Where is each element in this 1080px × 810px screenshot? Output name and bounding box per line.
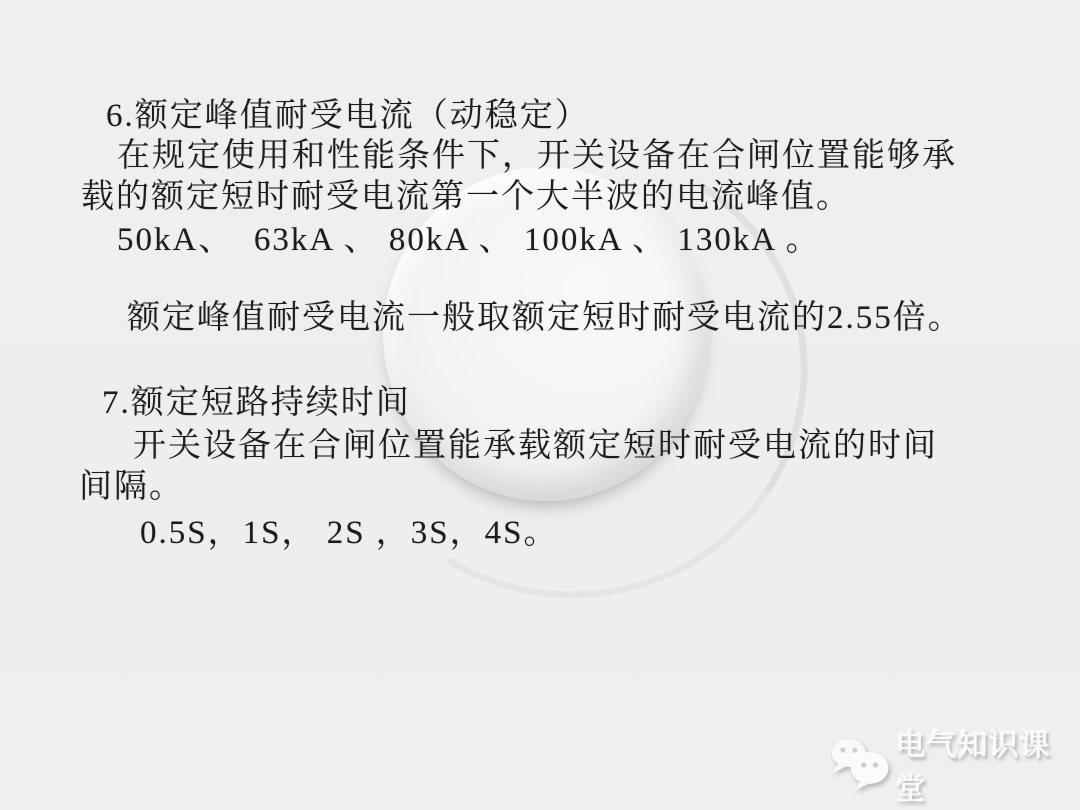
brand-logo: 电气知识课堂 [830,736,1080,792]
heading-rated-peak-withstand-current: 6.额定峰值耐受电流（动稳定） [106,97,590,135]
paragraph-1-line-2: 载的额定短时耐受电流第一个大半波的电流峰值。 [81,178,851,216]
slide-background: 6.额定峰值耐受电流（动稳定） 在规定使用和性能条件下，开关设备在合闸位置能够承… [0,0,1080,810]
current-values-list: 50kA、 63kA 、 80kA 、 100kA 、 130kA 。 [117,221,821,259]
heading-rated-short-circuit-duration: 7.额定短路持续时间 [102,384,411,422]
brand-name: 电气知识课堂 [896,720,1080,808]
paragraph-2-line-2: 间隔。 [79,468,184,506]
time-values-list: 0.5S，1S， 2S ，3S，4S。 [140,514,559,552]
slide-text: 6.额定峰值耐受电流（动稳定） 在规定使用和性能条件下，开关设备在合闸位置能够承… [0,0,1080,810]
paragraph-2-line-1: 开关设备在合闸位置能承载额定短时耐受电流的时间 [133,427,938,465]
note-2-55-times: 额定峰值耐受电流一般取额定短时耐受电流的2.55倍。 [127,299,963,337]
paragraph-1-line-1: 在规定使用和性能条件下，开关设备在合闸位置能够承 [117,137,957,175]
wechat-icon [830,736,892,792]
